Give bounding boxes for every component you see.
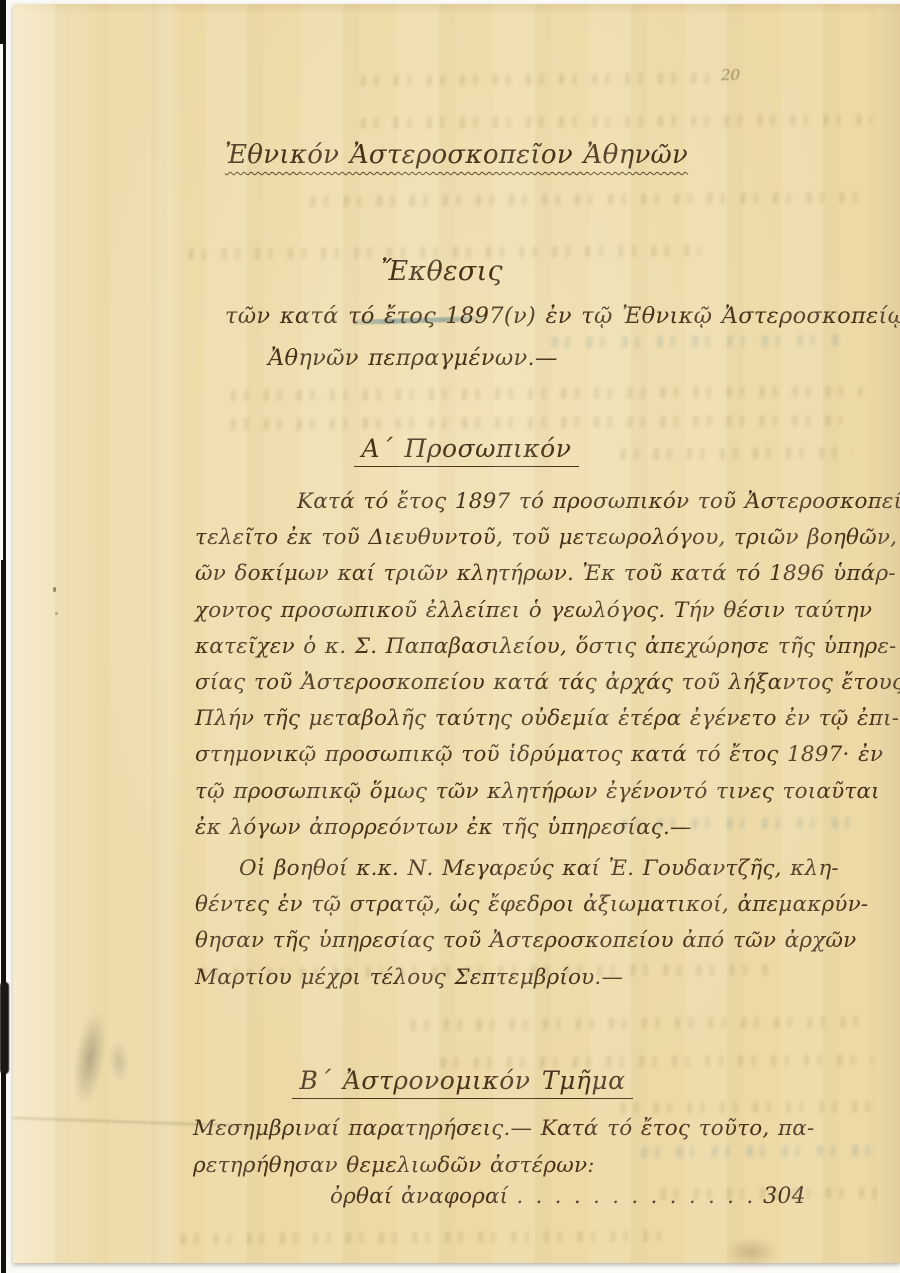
- pencil-smudge: [107, 1039, 131, 1085]
- manuscript-line: ρετηρήθησαν θεμελιωδῶν ἀστέρων:: [193, 1147, 893, 1184]
- manuscript-line: ῶν δοκίμων καί τριῶν κλητήρων. Ἐκ τοῦ κα…: [195, 556, 885, 592]
- document-title: Ἐθνικόν Ἀστεροσκοπεῖον Ἀθηνῶν: [13, 140, 900, 170]
- bleedthrough-ink: [403, 1016, 873, 1030]
- bleedthrough-ink: [223, 415, 843, 430]
- manuscript-line: ἐκ λόγων ἀπορρεόντων ἐκ τῆς ὑπηρεσίας.—: [195, 810, 885, 846]
- scan-edge-corner: [0, 0, 6, 44]
- manuscript-page: 20 Ἐθνικόν Ἀστεροσκοπεῖον Ἀθηνῶν Ἔκθεσις…: [13, 4, 900, 1263]
- bleedthrough-ink: [613, 447, 853, 460]
- manuscript-line: Μαρτίου μέχρι τέλους Σεπτεμβρίου.—: [195, 960, 885, 996]
- manuscript-line: κατεῖχεν ὁ κ. Σ. Παπαβασιλείου, ὅστις ἀπ…: [195, 629, 885, 665]
- section-a-paragraph-2: Οἱ βοηθοί κ.κ. Ν. Μεγαρεύς καί Ἐ. Γουδαν…: [195, 851, 885, 996]
- manuscript-line: Κατά τό ἔτος 1897 τό προσωπικόν τοῦ Ἀστε…: [195, 484, 885, 520]
- manuscript-line: θέντες ἐν τῷ στρατῷ, ὡς ἔφεδροι ἀξιωματι…: [195, 887, 885, 923]
- manuscript-line: τῷ προσωπικῷ ὅμως τῶν κλητήρων ἐγένοντό …: [195, 774, 885, 810]
- bleedthrough-page-number: 20: [721, 66, 740, 84]
- leader-dots: . . . . . . . . . . . . .: [508, 1184, 763, 1209]
- manuscript-line: στημονικῷ προσωπικῷ τοῦ ἱδρύματος κατά τ…: [195, 737, 885, 773]
- observation-entry: ὀρθαί ἀναφοραί . . . . . . . . . . . . .…: [330, 1184, 812, 1209]
- report-subtitle-line: Ἀθηνῶν πεπραγμένων.—: [268, 345, 558, 371]
- section-b-paragraph: Μεσημβριναί παρατηρήσεις.— Κατά τό ἔτος …: [193, 1110, 893, 1184]
- bleedthrough-ink: [223, 386, 863, 401]
- bleedthrough-ink: [543, 335, 843, 348]
- scan-edge-line-thick: [1, 560, 6, 1273]
- bleedthrough-ink: [173, 1230, 673, 1244]
- section-a-heading: Α΄ Προσωπικόν: [354, 434, 580, 467]
- observation-entry-label: ὀρθαί ἀναφοραί: [330, 1184, 508, 1209]
- bleedthrough-ink: [303, 192, 863, 207]
- bleedthrough-ink: [353, 73, 713, 87]
- observation-entry-value: 304: [763, 1184, 806, 1209]
- ink-blot: [725, 1238, 777, 1266]
- ink-speck: [55, 612, 58, 615]
- section-b-heading: Β΄ Ἀστρονομικόν Τμῆμα: [292, 1066, 634, 1099]
- manuscript-line: τελεῖτο ἐκ τοῦ Διευθυντοῦ, τοῦ μετεωρολό…: [195, 520, 885, 556]
- report-heading: Ἔκθεσις: [381, 256, 503, 287]
- report-subtitle-line: τῶν κατά τό ἔτος 1897(ν) ἐν τῷ Ἐθνικῷ Ἀσ…: [225, 303, 900, 329]
- ink-speck: [53, 587, 56, 592]
- manuscript-line: Πλήν τῆς μεταβολῆς ταύτης οὐδεμία ἑτέρα …: [195, 701, 885, 737]
- manuscript-line: χοντος προσωπικοῦ ἐλλείπει ὁ γεωλόγος. Τ…: [195, 593, 885, 629]
- scan-edge-blob: [0, 982, 9, 1074]
- manuscript-line: σίας τοῦ Ἀστεροσκοπείου κατά τάς ἀρχάς τ…: [195, 665, 885, 701]
- bleedthrough-ink: [353, 114, 873, 129]
- manuscript-line: θησαν τῆς ὑπηρεσίας τοῦ Ἀστεροσκοπείου ἀ…: [195, 923, 885, 959]
- section-a-paragraph-1: Κατά τό ἔτος 1897 τό προσωπικόν τοῦ Ἀστε…: [195, 484, 885, 846]
- pencil-smudge: [68, 1008, 113, 1108]
- manuscript-line: Μεσημβριναί παρατηρήσεις.— Κατά τό ἔτος …: [193, 1110, 893, 1147]
- manuscript-line: Οἱ βοηθοί κ.κ. Ν. Μεγαρεύς καί Ἐ. Γουδαν…: [195, 851, 885, 887]
